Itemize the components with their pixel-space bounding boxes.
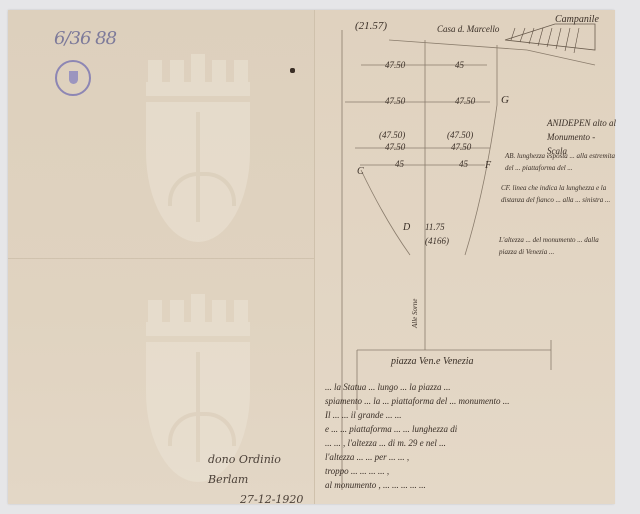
letter-line: e ... ... piattaforma ... ... lunghezza … — [325, 422, 610, 436]
point-c: C — [357, 166, 364, 177]
archive-stamp-icon — [55, 60, 91, 96]
row-2-left: 47.50 — [385, 96, 405, 106]
archive-number: 6/36 88 — [54, 28, 116, 49]
letter-line: spiamento ... la ... piattaforma del ...… — [325, 394, 610, 408]
left-page: 6/36 88 dono Ordinio Berlam 27-12-1920 — [8, 10, 314, 504]
row-4-left: 47.50 — [385, 142, 405, 152]
point-g: G — [501, 94, 509, 106]
row-5-left: 45 — [395, 159, 404, 169]
shield-icon — [146, 102, 250, 242]
letter-line: ... ... , l'altezza ... di m. 29 e nel .… — [325, 436, 610, 450]
notes-paragraph-3: L'altezza ... del monumento ... dalla pi… — [499, 234, 615, 258]
row-1-left: 47.50 — [385, 60, 405, 70]
ink-spot — [290, 68, 295, 73]
bottom-label: 11.75 — [425, 222, 445, 232]
piazza-label: piazza Ven.e Venezia — [391, 356, 474, 367]
watermark-coat-of-arms-top — [146, 46, 250, 242]
notes-paragraph-1: AB. lunghezza esposta ... alla estremita… — [505, 150, 615, 174]
point-f: F — [485, 160, 491, 171]
row-3-right: (47.50) — [447, 130, 473, 140]
letter-body: ... la Statua ... lungo ... la piazza ..… — [325, 380, 610, 492]
notes-paragraph-2: CF. linea che indica la lunghezza e la d… — [501, 182, 615, 206]
document-sheet: 6/36 88 dono Ordinio Berlam 27-12-1920 — [8, 10, 614, 504]
letter-line: Il ... ... il grande ... ... — [325, 408, 610, 422]
donor-note: dono Ordinio Berlam 27-12-1920 — [208, 450, 314, 510]
row-1-right: 45 — [455, 60, 464, 70]
donor-text: dono Ordinio Berlam — [208, 450, 314, 490]
vertical-label: Alle Sorne — [411, 299, 419, 328]
letter-line: troppo ... ... ... ... , — [325, 464, 610, 478]
point-d: D — [403, 222, 410, 233]
sketch-label-paren: (21.57) — [355, 20, 387, 32]
row-3-left: (47.50) — [379, 130, 405, 140]
bottom-paren: (4166) — [425, 236, 449, 246]
row-5-right: 45 — [459, 159, 468, 169]
row-2-right: 47.50 — [455, 96, 475, 106]
sketch-label-via: Casa d. Marcello — [437, 24, 499, 34]
row-4-right: 47.50 — [451, 142, 471, 152]
sketch-label-right: Campanile — [555, 14, 599, 25]
letter-line: ... la Statua ... lungo ... la piazza ..… — [325, 380, 610, 394]
letter-line: l'altezza ... ... per ... ... , — [325, 450, 610, 464]
fold-line — [8, 258, 314, 259]
right-page: (21.57) Casa d. Marcello Campanile 47.50… — [314, 10, 615, 504]
letter-line: al monumento , ... ... ... ... ... — [325, 478, 610, 492]
crown-icon — [146, 46, 250, 96]
crown-icon — [146, 286, 250, 336]
donor-date: 27-12-1920 — [240, 490, 314, 510]
